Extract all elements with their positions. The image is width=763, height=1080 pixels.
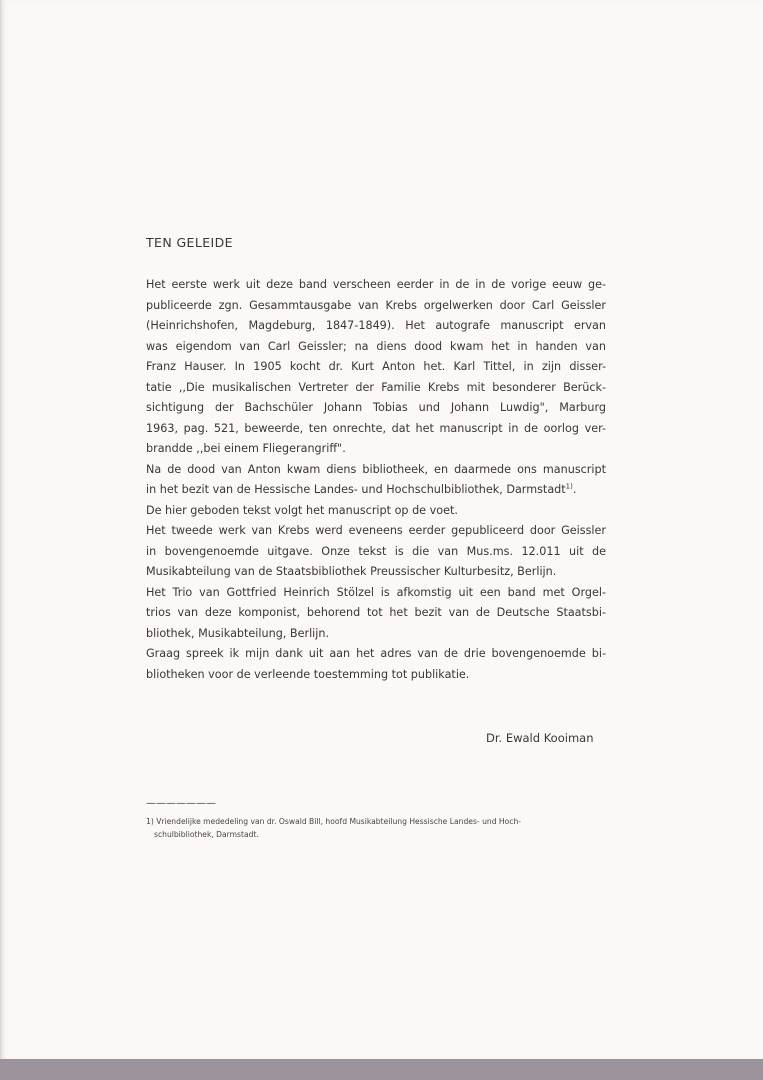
body-line: trios van deze komponist, behorend tot h…	[146, 603, 606, 624]
footnote-divider: ———————	[146, 798, 216, 809]
section-heading: TEN GELEIDE	[146, 235, 233, 250]
body-line-with-footnote: in het bezit van de Hessische Landes- un…	[146, 480, 606, 501]
body-line: brandde ,,bei einem Fliegerangriff".	[146, 439, 606, 460]
author-signature: Dr. Ewald Kooiman	[486, 731, 593, 745]
body-text: Het eerste werk uit deze band verscheen …	[146, 275, 606, 685]
sentence-period: .	[573, 483, 577, 496]
body-line: sichtigung der Bachschüler Johann Tobias…	[146, 398, 606, 419]
body-line: Het eerste werk uit deze band verscheen …	[146, 275, 606, 296]
body-line: bliotheken voor de verleende toestemming…	[146, 665, 606, 686]
body-line: Het tweede werk van Krebs werd eveneens …	[146, 521, 606, 542]
body-line: was eigendom van Carl Geissler; na diens…	[146, 337, 606, 358]
body-line: Franz Hauser. In 1905 kocht dr. Kurt Ant…	[146, 357, 606, 378]
footnote: 1) Vriendelijke mededeling van dr. Oswal…	[146, 815, 606, 841]
body-line-text: in het bezit van de Hessische Landes- un…	[146, 483, 566, 496]
body-line: 1963, pag. 521, beweerde, ten onrechte, …	[146, 419, 606, 440]
page-left-edge-shadow	[0, 0, 3, 1059]
body-line: Graag spreek ik mijn dank uit aan het ad…	[146, 644, 606, 665]
document-page: TEN GELEIDE Het eerste werk uit deze ban…	[0, 0, 763, 1059]
scan-background-band	[0, 1059, 763, 1080]
body-line: in bovengenoemde uitgave. Onze tekst is …	[146, 542, 606, 563]
body-line: bliothek, Musikabteilung, Berlijn.	[146, 624, 606, 645]
footnote-line: schulbibliothek, Darmstadt.	[146, 828, 606, 841]
body-line: De hier geboden tekst volgt het manuscri…	[146, 501, 606, 522]
footnote-line: 1) Vriendelijke mededeling van dr. Oswal…	[146, 815, 606, 828]
body-line: Na de dood van Anton kwam diens biblioth…	[146, 460, 606, 481]
body-line: Het Trio van Gottfried Heinrich Stölzel …	[146, 583, 606, 604]
body-line: tatie ,,Die musikalischen Vertreter der …	[146, 378, 606, 399]
body-line: publiceerde zgn. Gesammtausgabe van Kreb…	[146, 296, 606, 317]
body-line: (Heinrichshofen, Magdeburg, 1847-1849). …	[146, 316, 606, 337]
body-line: Musikabteilung van de Staatsbibliothek P…	[146, 562, 606, 583]
footnote-reference: 1)	[566, 482, 573, 490]
